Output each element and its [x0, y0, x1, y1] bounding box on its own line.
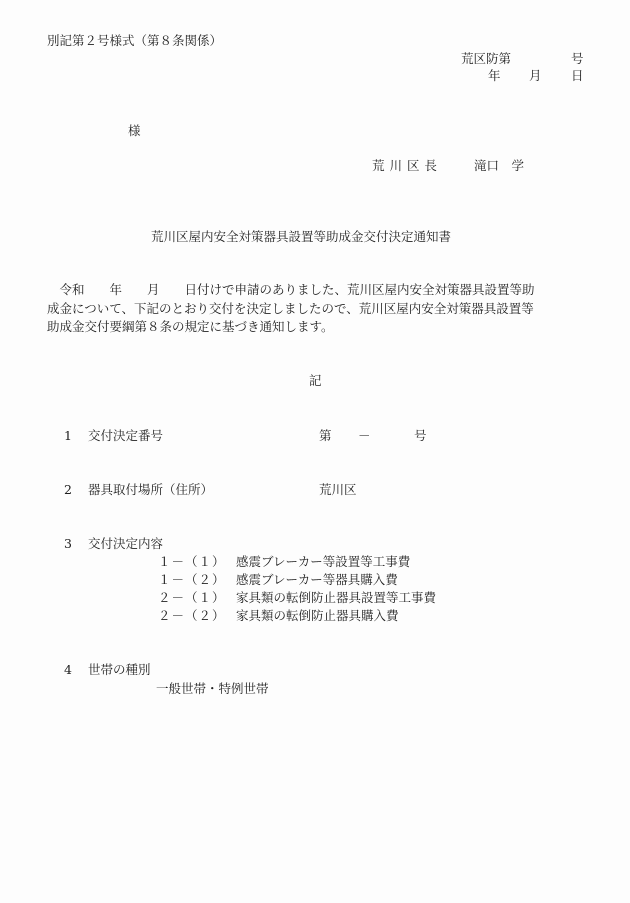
item-3-number: 3	[64, 535, 72, 553]
item-4-label: 世帯の種別	[88, 661, 151, 679]
item-2-value: 荒川区	[319, 481, 357, 499]
sender-title: 荒 川 区 長	[372, 157, 437, 175]
body-line: 成金について、下記のとおり交付を決定しましたので、荒川区屋内安全対策器具設置等	[47, 300, 587, 319]
date-day: 日	[571, 67, 584, 85]
body-paragraph: 令和 年 月 日付けで申請のありました、荒川区屋内安全対策器具設置等助 成金につ…	[47, 281, 587, 337]
subitem-text: 感震ブレーカー等器具購入費	[236, 571, 398, 589]
subitem-code: ２－（２）	[158, 607, 226, 625]
form-label: 別記第２号様式（第８条関係）	[47, 32, 222, 50]
sender-name: 滝口 学	[474, 157, 524, 175]
item-1-value-dai: 第	[319, 427, 332, 445]
item-4-number: 4	[64, 661, 72, 679]
item-2-number: 2	[64, 481, 72, 499]
item-4-value: 一般世帯・特例世帯	[156, 680, 269, 698]
doc-number-prefix: 荒区防第	[461, 50, 511, 68]
subitem-code: １－（１）	[158, 553, 226, 571]
body-line: 助成金交付要綱第８条の規定に基づき通知します。	[47, 318, 587, 337]
doc-number-suffix: 号	[571, 50, 584, 68]
ki-heading: 記	[309, 372, 322, 390]
subitem-text: 感震ブレーカー等設置等工事費	[236, 553, 410, 571]
item-2-label: 器具取付場所（住所）	[88, 481, 213, 499]
body-line: 令和 年 月 日付けで申請のありました、荒川区屋内安全対策器具設置等助	[47, 281, 587, 300]
date-month: 月	[529, 67, 542, 85]
subitem-text: 家具類の転倒防止器具設置等工事費	[236, 589, 436, 607]
subitem-text: 家具類の転倒防止器具購入費	[236, 607, 399, 625]
item-1-label: 交付決定番号	[88, 427, 163, 445]
recipient-honorific: 様	[128, 122, 141, 140]
subitem-code: １－（２）	[158, 571, 226, 589]
date-year: 年	[488, 67, 501, 85]
document-title: 荒川区屋内安全対策器具設置等助成金交付決定通知書	[151, 228, 451, 246]
item-1-value-dash: －	[358, 427, 371, 445]
item-1-number: 1	[64, 427, 72, 445]
item-1-value-go: 号	[414, 427, 427, 445]
item-3-label: 交付決定内容	[88, 535, 163, 553]
subitem-code: ２－（１）	[158, 589, 226, 607]
